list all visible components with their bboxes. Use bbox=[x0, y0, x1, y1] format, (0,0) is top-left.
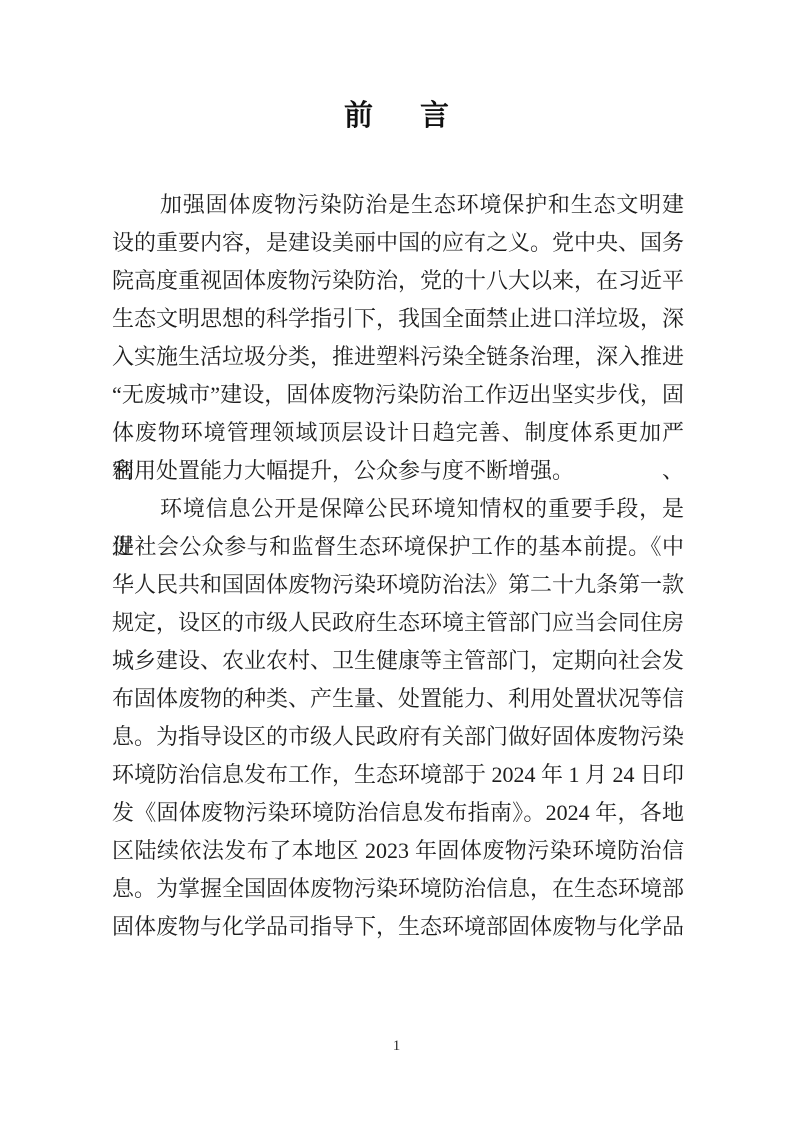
text-line: 体废物环境管理领域顶层设计日趋完善、制度体系更加严密、 bbox=[112, 414, 684, 452]
text-line: 生态文明思想的科学指引下，我国全面禁止进口洋垃圾，深 bbox=[112, 300, 684, 338]
text-line: 院高度重视固体废物污染防治，党的十八大以来，在习近平 bbox=[112, 262, 684, 300]
text-line: 息。为指导设区的市级人民政府有关部门做好固体废物污染 bbox=[112, 718, 684, 756]
text-line: 固体废物与化学品司指导下，生态环境部固体废物与化学品 bbox=[112, 908, 684, 946]
text-line: 区陆续依法发布了本地区 2023 年固体废物污染环境防治信 bbox=[112, 832, 684, 870]
text-line: 发《固体废物污染环境防治信息发布指南》。2024 年，各地 bbox=[112, 794, 684, 832]
text-line: 布固体废物的种类、产生量、处置能力、利用处置状况等信 bbox=[112, 680, 684, 718]
text-line: 环境信息公开是保障公民环境知情权的重要手段，是促 bbox=[112, 490, 684, 528]
text-line: 城乡建设、农业农村、卫生健康等主管部门，定期向社会发 bbox=[112, 642, 684, 680]
document-body: 加强固体废物污染防治是生态环境保护和生态文明建设的重要内容，是建设美丽中国的应有… bbox=[112, 186, 684, 946]
document-page: 前 言 加强固体废物污染防治是生态环境保护和生态文明建设的重要内容，是建设美丽中… bbox=[0, 0, 793, 1122]
text-line: 华人民共和国固体废物污染环境防治法》第二十九条第一款 bbox=[112, 566, 684, 604]
text-line: 规定，设区的市级人民政府生态环境主管部门应当会同住房 bbox=[112, 604, 684, 642]
page-title: 前 言 bbox=[0, 96, 793, 136]
text-line: 息。为掌握全国固体废物污染环境防治信息，在生态环境部 bbox=[112, 870, 684, 908]
text-line: 入实施生活垃圾分类，推进塑料污染全链条治理，深入推进 bbox=[112, 338, 684, 376]
text-line: “无废城市”建设，固体废物污染防治工作迈出坚实步伐，固 bbox=[112, 376, 684, 414]
text-line: 设的重要内容，是建设美丽中国的应有之义。党中央、国务 bbox=[112, 224, 684, 262]
text-line: 加强固体废物污染防治是生态环境保护和生态文明建 bbox=[112, 186, 684, 224]
text-line: 环境防治信息发布工作，生态环境部于 2024 年 1 月 24 日印 bbox=[112, 756, 684, 794]
page-number: 1 bbox=[0, 1036, 793, 1056]
text-line: 进社会公众参与和监督生态环境保护工作的基本前提。《中 bbox=[112, 528, 684, 566]
